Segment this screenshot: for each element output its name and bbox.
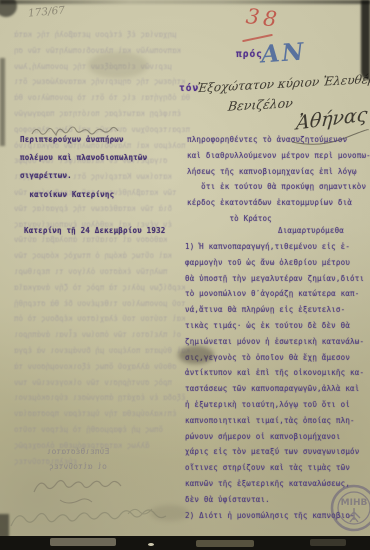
text-line: ἀντίκτυπον καὶ ἐπὶ τῆς οἰκονομικῆς κα- (185, 365, 370, 381)
paper-stain-2 (150, 505, 190, 521)
photo-edge-left (0, 58, 5, 146)
protest-word: Διαμαρτυρόμεθα (278, 226, 344, 235)
text-line: Περιπτερούχων ἀναπήρων (20, 131, 192, 149)
photo-edge-top (0, 0, 370, 4)
text-line: Εὐπειθέστατοι (30, 444, 126, 459)
mirrored-signature-squiggle-1 (30, 472, 125, 506)
recipient-name-line2: Βενιζέλον (227, 95, 294, 114)
bottom-strip-speck (148, 543, 154, 546)
body-paragraph: 1) Ἡ καπνοπαραγωγή,τιθεμένου εἰς ἐ-φαρμο… (185, 239, 370, 523)
ink-offset-mirror-closing: Εὐπειθέστατοιοἱ αἰτοῦντες (30, 444, 126, 474)
text-line: λήσεως τῆς καπνοβιομηχανίας ἐπὶ λόγῳ (187, 164, 370, 180)
intro-paragraph: πληροφορηθέντες τὸ ἀνασυζητούμενονκαὶ δι… (187, 132, 370, 227)
archive-number: 173/67 (28, 4, 66, 19)
address-preposition: πρός (236, 49, 263, 60)
text-line: ταστάσεως τῶν καπνοπαραγωγῶν,ἀλλὰ καὶ (185, 381, 370, 397)
mirrored-signature-squiggle-2 (8, 504, 173, 536)
bottom-strip-debris-1 (50, 538, 116, 546)
text-line: ὅτι ἐκ τούτου θὰ προκύψῃ σημαντικὸν (187, 179, 370, 195)
text-line: τὸ μονοπώλιον θ᾽ἀγοράζῃ κατώτερα καπ- (185, 286, 370, 302)
text-line: μηχανίας ἐξ ἑτέρου μεταβολὴ τῆς κατὰ (14, 27, 230, 43)
text-line: σιγαρέττων. (20, 167, 192, 185)
scanned-letter-page: μηχανίας ἐξ ἑτέρου μεταβολὴ τῆς κατὰκαπν… (0, 0, 370, 550)
text-line: ζημιώνεται μόνον ἡ ἐσωτερικὴ κατανάλω- (185, 334, 370, 350)
text-line: κέρδος ἑκατοντάδων ἑκατομμυρίων διὰ (187, 195, 370, 211)
text-line: ρώνουν σήμερον οἱ καπνοβιομήχανοι (185, 429, 370, 445)
text-line: φαρμογὴν τοῦ ὡς ἄνω ὀλεθρίου μέτρου (185, 255, 370, 271)
text-line: οἵτινες στηρίζουν καὶ τὰς τιμὰς τῶν (185, 460, 370, 476)
text-line: πολέμου καὶ πλανοδιοπωλητῶν (20, 149, 192, 167)
photo-corner-top-left (0, 0, 17, 17)
text-line: κατοίκων Κατερίνης (20, 186, 192, 204)
red-crayon-number: 38 (245, 4, 282, 32)
sender-block: Περιπτερούχων ἀναπήρωνπολέμου καὶ πλανοδ… (20, 131, 192, 204)
text-line: τὸ Κράτος (187, 211, 370, 227)
bottom-strip-debris-2 (196, 540, 254, 547)
text-line: καπνοποιητικαὶ τιμαί,τὰς ὁποίας πλη- (185, 413, 370, 429)
photo-edge-right-top (361, 0, 370, 80)
blue-pencil-initials: ΑΝ (260, 36, 306, 68)
text-line: χάρις εἰς τὸν μεταξύ των συναγωνισμόν (185, 444, 370, 460)
text-line: θὰ ὑποστῇ τὴν μεγαλυτέραν ζημίαν,διότι (185, 271, 370, 287)
text-line: καὶ διαθρυλλούμενον μέτρον περὶ μονοπω- (187, 148, 370, 164)
text-line: 1) Ἡ καπνοπαραγωγή,τιθεμένου εἰς ἐ- (185, 239, 370, 255)
paper-stain (88, 52, 148, 78)
text-line: ἡ ἐξωτερικὴ τοιαύτη,λόγῳ τοῦ ὅτι οἱ (185, 397, 370, 413)
text-line: πληροφορηθέντες τὸ ἀνασυζητούμενον (187, 132, 370, 148)
text-line: νά,ἅτινα θὰ πληρώνῃ εἰς ἐξευτελισ- (185, 302, 370, 318)
bottom-strip-debris-3 (310, 539, 346, 546)
archive-stamp: ΜΙΗΒ (328, 482, 370, 534)
ink-stain (178, 346, 214, 364)
dateline: Κατερίνη τῇ 24 Δεκεμβρίου 1932 (24, 226, 165, 235)
stamp-letters: ΜΙΗΒ (341, 498, 368, 508)
text-line: τικὰς τιμάς· ὡς ἐκ τούτου δὲ δὲν θὰ (185, 318, 370, 334)
